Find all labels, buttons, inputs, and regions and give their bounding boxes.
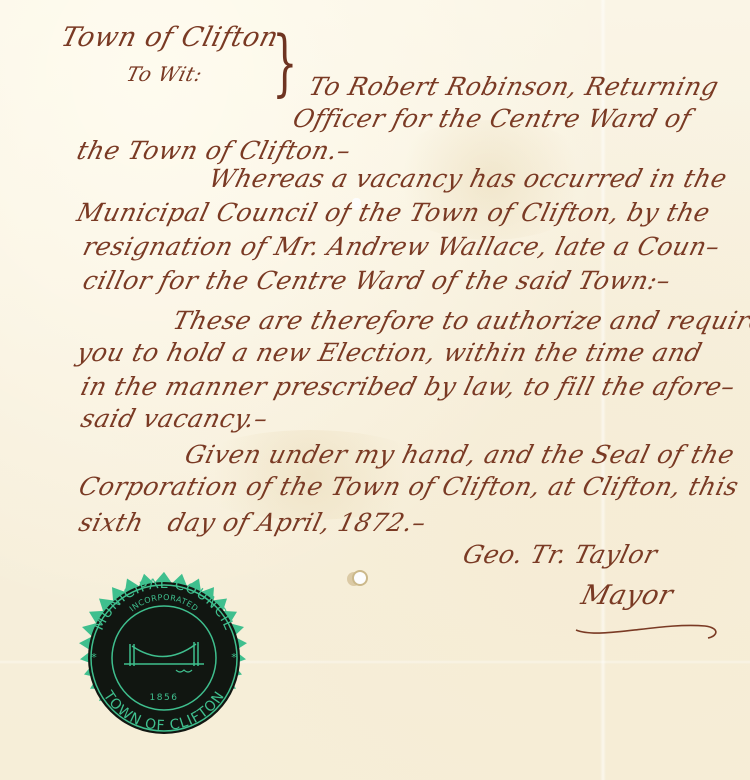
body-line-11: said vacancy.–	[78, 404, 271, 433]
document-page: Town of Clifton To Wit: } To Robert Robi…	[0, 0, 750, 780]
body-line-7: cillor for the Centre Ward of the said T…	[80, 266, 674, 295]
body-line-3: the Town of Clifton.–	[74, 136, 354, 165]
body-line-8: These are therefore to authorize and req…	[170, 306, 750, 335]
body-line-4: Whereas a vacancy has occurred in the	[206, 164, 730, 193]
municipal-seal: MUNICIPAL COUNCIL TOWN OF CLIFTON INCORP…	[58, 548, 270, 760]
body-line-1: To Robert Robinson, Returning	[306, 72, 722, 101]
heading-town: Town of Clifton	[58, 22, 282, 53]
body-line-10: in the manner prescribed by law, to fill…	[78, 372, 738, 401]
body-line-2: Officer for the Centre Ward of	[290, 104, 694, 133]
body-line-6: resignation of Mr. Andrew Wallace, late …	[80, 232, 723, 261]
body-line-9: you to hold a new Election, within the t…	[74, 338, 705, 367]
body-line-14: sixth day of April, 1872.–	[76, 508, 429, 537]
paper-hole	[354, 572, 366, 584]
body-line-12: Given under my hand, and the Seal of the	[182, 440, 738, 469]
seal-year: 1856	[150, 693, 179, 703]
seal-separator-right: *	[231, 651, 237, 664]
body-line-13: Corporation of the Town of Clifton, at C…	[76, 472, 742, 501]
curly-brace: }	[272, 26, 297, 98]
body-line-5: Municipal Council of the Town of Clifton…	[74, 198, 713, 227]
signature-name: Geo. Tr. Taylor	[460, 540, 661, 569]
seal-separator-left: *	[91, 651, 97, 664]
heading-to-wit: To Wit:	[124, 62, 205, 86]
signature-flourish	[570, 600, 720, 640]
paper-hole	[352, 198, 361, 210]
